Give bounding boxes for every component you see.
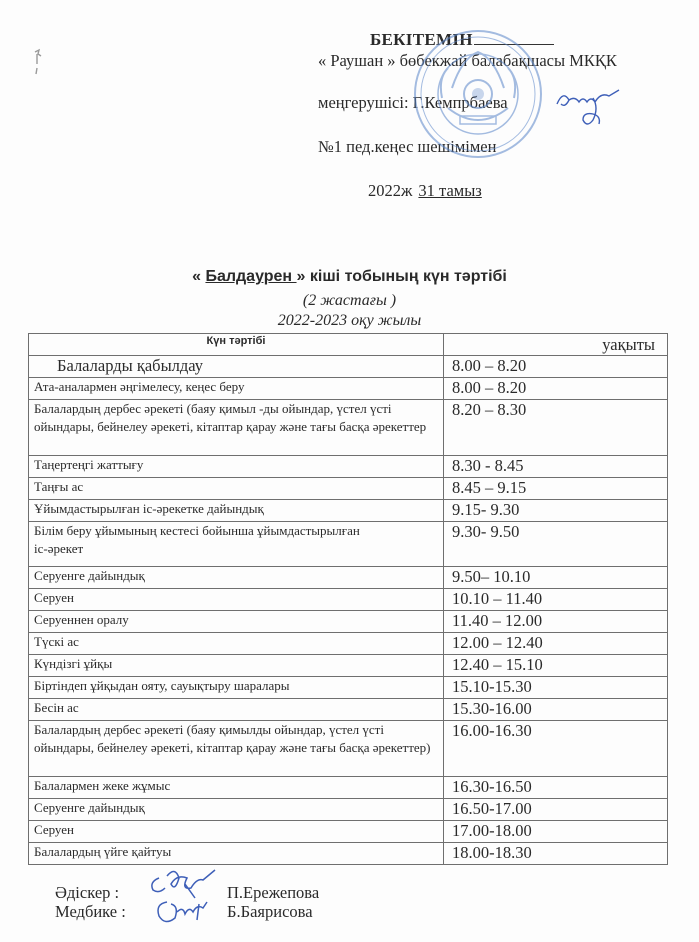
time-cell: 15.30-16.00: [444, 699, 668, 721]
signature-line: [474, 30, 554, 45]
table-header-row: Күн тәртібі уақыты: [29, 334, 668, 356]
head-signature-icon: [553, 86, 623, 130]
activity-cell: Серуенге дайындық: [29, 799, 444, 821]
time-cell: 8.45 – 9.15: [444, 478, 668, 500]
academic-year: 2022-2023 оқу жылы: [0, 312, 699, 330]
activity-cell: Балалармен жеке жұмыс: [29, 777, 444, 799]
approval-organization: « Раушан » бөбекжай балабақшасы МКҚК: [318, 51, 617, 71]
table-row: Балалардың үйге қайтуы18.00-18.30: [29, 843, 668, 865]
time-cell: 16.30-16.50: [444, 777, 668, 799]
table-row: Серуеннен оралу11.40 – 12.00: [29, 611, 668, 633]
approval-title: БЕКІТЕМІН: [370, 30, 554, 50]
time-cell: 18.00-18.30: [444, 843, 668, 865]
time-cell: 11.40 – 12.00: [444, 611, 668, 633]
activity-cell: Балаларды қабылдау: [29, 356, 444, 378]
activity-cell: Таңертеңгі жаттығу: [29, 456, 444, 478]
activity-cell: Ұйымдастырылған іс-әрекетке дайындық: [29, 500, 444, 522]
time-cell: 8.20 – 8.30: [444, 400, 668, 456]
activity-cell: Балалардың дербес әрекеті (баяу қимылды …: [29, 721, 444, 777]
table-row: Таңертеңгі жаттығу8.30 - 8.45: [29, 456, 668, 478]
time-cell: 8.00 – 8.20: [444, 378, 668, 400]
activity-cell: Түскі ас: [29, 633, 444, 655]
schedule-title: « Балдаурен » кіші тобының күн тәртібі: [0, 268, 699, 286]
methodist-label: Әдіскер :: [55, 883, 119, 903]
table-row: Балалардың дербес әрекеті (баяу қимылды …: [29, 721, 668, 777]
table-row: Таңғы ас8.45 – 9.15: [29, 478, 668, 500]
time-cell: 12.40 – 15.10: [444, 655, 668, 677]
approval-head: меңгерушісі: Г.Кемпрбаева: [318, 93, 508, 113]
activity-cell: Серуеннен оралу: [29, 611, 444, 633]
column-header-time: уақыты: [444, 334, 668, 356]
table-row: Балалармен жеке жұмыс16.30-16.50: [29, 777, 668, 799]
nurse-name: Б.Баярисова: [227, 902, 313, 922]
approval-council: №1 пед.кеңес шешімімен: [318, 137, 496, 157]
time-cell: 9.50– 10.10: [444, 567, 668, 589]
time-cell: 9.30- 9.50: [444, 522, 668, 567]
methodist-name: П.Ережепова: [227, 883, 319, 903]
time-cell: 10.10 – 11.40: [444, 589, 668, 611]
table-row: Бесін ас15.30-16.00: [29, 699, 668, 721]
approval-date: 2022ж31 тамыз: [368, 181, 482, 201]
table-row: Серуен10.10 – 11.40: [29, 589, 668, 611]
table-row: Біртіндеп ұйқыдан ояту, сауықтыру шарала…: [29, 677, 668, 699]
activity-cell: Күндізгі ұйқы: [29, 655, 444, 677]
activity-cell: Балалардың үйге қайтуы: [29, 843, 444, 865]
activity-cell: Таңғы ас: [29, 478, 444, 500]
table-row: Түскі ас12.00 – 12.40: [29, 633, 668, 655]
table-row: Ата-аналармен әңгімелесу, кеңес беру8.00…: [29, 378, 668, 400]
time-cell: 16.00-16.30: [444, 721, 668, 777]
nurse-label: Медбике :: [55, 902, 126, 922]
table-row: Күндізгі ұйқы12.40 – 15.10: [29, 655, 668, 677]
activity-cell: Білім беру ұйымының кестесі бойынша ұйым…: [29, 522, 444, 567]
activity-cell: Серуен: [29, 821, 444, 843]
activity-cell: Бесін ас: [29, 699, 444, 721]
table-row: Серуенге дайындық9.50– 10.10: [29, 567, 668, 589]
table-row: Балалардың дербес әрекеті (баяу қимыл -д…: [29, 400, 668, 456]
table-row: Ұйымдастырылған іс-әрекетке дайындық9.15…: [29, 500, 668, 522]
schedule-subtitle: (2 жастағы ): [0, 292, 699, 310]
time-cell: 15.10-15.30: [444, 677, 668, 699]
activity-cell: Біртіндеп ұйқыдан ояту, сауықтыру шарала…: [29, 677, 444, 699]
time-cell: 8.30 - 8.45: [444, 456, 668, 478]
group-name: Балдаурен: [205, 268, 296, 285]
activity-cell: Серуенге дайындық: [29, 567, 444, 589]
footer-signatures-icon: [145, 868, 223, 930]
time-cell: 9.15- 9.30: [444, 500, 668, 522]
time-cell: 17.00-18.00: [444, 821, 668, 843]
time-cell: 12.00 – 12.40: [444, 633, 668, 655]
table-row: Серуен17.00-18.00: [29, 821, 668, 843]
daily-schedule-table: Күн тәртібі уақыты Балаларды қабылдау8.0…: [28, 333, 668, 865]
column-header-activity: Күн тәртібі: [29, 334, 444, 356]
table-row: Серуенге дайындық16.50-17.00: [29, 799, 668, 821]
table-row: Білім беру ұйымының кестесі бойынша ұйым…: [29, 522, 668, 567]
scan-speck: [34, 48, 42, 76]
table-row: Балаларды қабылдау8.00 – 8.20: [29, 356, 668, 378]
activity-cell: Балалардың дербес әрекеті (баяу қимыл -д…: [29, 400, 444, 456]
activity-cell: Серуен: [29, 589, 444, 611]
time-cell: 8.00 – 8.20: [444, 356, 668, 378]
time-cell: 16.50-17.00: [444, 799, 668, 821]
activity-cell: Ата-аналармен әңгімелесу, кеңес беру: [29, 378, 444, 400]
